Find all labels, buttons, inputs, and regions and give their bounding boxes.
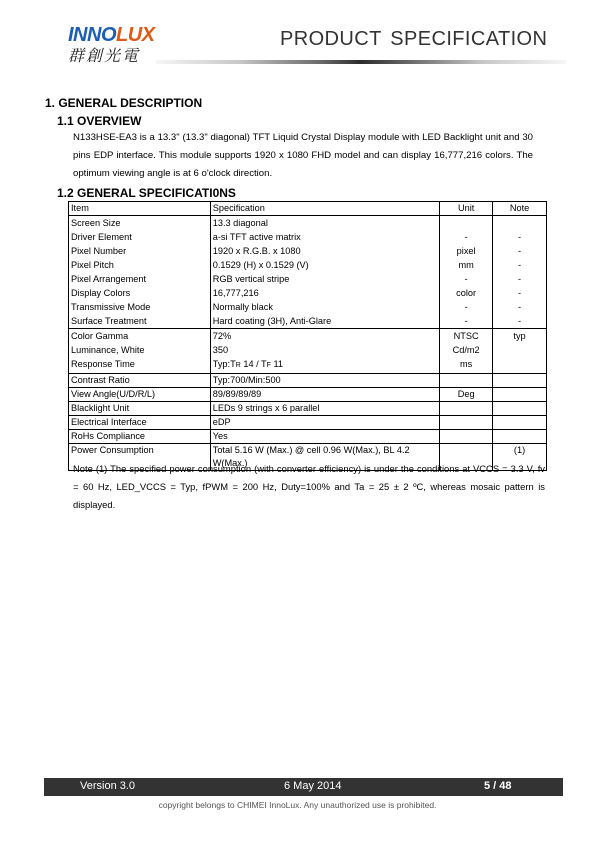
spec-item: RoHs Compliance	[69, 430, 211, 444]
spec-unit: Cd/m2	[440, 343, 493, 357]
table-header-cell: Note	[493, 202, 547, 216]
spec-item: Pixel Pitch	[69, 258, 211, 272]
section-heading-general-description: 1. GENERAL DESCRIPTION	[45, 96, 202, 110]
table-row: RoHs ComplianceYes	[69, 430, 547, 444]
spec-item: Pixel Arrangement	[69, 272, 211, 286]
table-row: Pixel Pitch0.1529 (H) x 0.1529 (V)mm-	[69, 258, 547, 272]
table-row: Pixel Number1920 x R.G.B. x 1080pixel-	[69, 244, 547, 258]
spec-note	[493, 416, 547, 430]
spec-item: Luminance, White	[69, 343, 211, 357]
spec-value: Hard coating (3H), Anti-Glare	[210, 314, 439, 329]
spec-item: Driver Element	[69, 230, 211, 244]
spec-item: Display Colors	[69, 286, 211, 300]
spec-value: a-si TFT active matrix	[210, 230, 439, 244]
spec-note	[493, 402, 547, 416]
spec-item: Color Gamma	[69, 329, 211, 344]
spec-unit: pixel	[440, 244, 493, 258]
overview-paragraph: N133HSE-EA3 is a 13.3" (13.3" diagonal) …	[73, 129, 533, 183]
spec-unit: -	[440, 314, 493, 329]
spec-unit: NTSC	[440, 329, 493, 344]
spec-value: 1920 x R.G.B. x 1080	[210, 244, 439, 258]
spec-value: LEDs 9 strings x 6 parallel	[210, 402, 439, 416]
spec-unit	[440, 430, 493, 444]
footer-bar: Version 3.0 6 May 2014 5 / 48	[44, 778, 563, 796]
table-row: Driver Elementa-si TFT active matrix--	[69, 230, 547, 244]
spec-value: 0.1529 (H) x 0.1529 (V)	[210, 258, 439, 272]
spec-value: Normally black	[210, 300, 439, 314]
spec-value: 89/89/89/89	[210, 388, 439, 402]
document-title: PRODUCT SPECIFICATION	[280, 28, 547, 51]
general-specifications-table: ItemSpecificationUnitNoteScreen Size13.3…	[68, 201, 547, 471]
spec-item: Electrical Interface	[69, 416, 211, 430]
spec-value: Yes	[210, 430, 439, 444]
spec-value: 16,777,216	[210, 286, 439, 300]
footer-version: Version 3.0	[80, 780, 135, 792]
logo-wordmark: INNOLUX	[68, 24, 163, 46]
spec-item: Surface Treatment	[69, 314, 211, 329]
spec-note	[493, 374, 547, 388]
spec-item: View Angle(U/D/R/L)	[69, 388, 211, 402]
table-header-row: ItemSpecificationUnitNote	[69, 202, 547, 216]
footer-date: 6 May 2014	[284, 780, 341, 792]
spec-note	[493, 430, 547, 444]
table-row: Luminance, White350Cd/m2	[69, 343, 547, 357]
footer-page-number: 5 / 48	[484, 780, 512, 792]
table-row: Screen Size13.3 diagonal	[69, 216, 547, 231]
spec-unit: ms	[440, 357, 493, 374]
table-header-cell: Item	[69, 202, 211, 216]
spec-value: RGB vertical stripe	[210, 272, 439, 286]
spec-unit	[440, 402, 493, 416]
table-row: Contrast RatioTyp:700/Min:500	[69, 374, 547, 388]
table-header-cell: Unit	[440, 202, 493, 216]
table-header-cell: Specification	[210, 202, 439, 216]
spec-note: -	[493, 230, 547, 244]
spec-unit: -	[440, 300, 493, 314]
power-consumption-note: Note (1) The specified power consumption…	[73, 460, 545, 514]
spec-note	[493, 343, 547, 357]
table-row: Surface TreatmentHard coating (3H), Anti…	[69, 314, 547, 329]
spec-unit: -	[440, 272, 493, 286]
spec-unit	[440, 416, 493, 430]
spec-note: -	[493, 314, 547, 329]
spec-unit	[440, 216, 493, 231]
spec-note: -	[493, 286, 547, 300]
spec-unit	[440, 374, 493, 388]
header-gradient-rule	[156, 60, 566, 64]
spec-note: -	[493, 272, 547, 286]
spec-value: 72%	[210, 329, 439, 344]
spec-note: -	[493, 244, 547, 258]
spec-note: -	[493, 258, 547, 272]
table-row: Display Colors16,777,216color-	[69, 286, 547, 300]
table-row: Transmissive ModeNormally black--	[69, 300, 547, 314]
copyright-notice: copyright belongs to CHIMEI InnoLux. Any…	[0, 800, 595, 810]
section-heading-overview: 1.1 OVERVIEW	[57, 114, 141, 128]
table-row: Pixel ArrangementRGB vertical stripe--	[69, 272, 547, 286]
spec-item: Blacklight Unit	[69, 402, 211, 416]
spec-value: 13.3 diagonal	[210, 216, 439, 231]
section-heading-general-specifications: 1.2 GENERAL SPECIFICATI0NS	[57, 186, 236, 200]
spec-note: -	[493, 300, 547, 314]
spec-value: eDP	[210, 416, 439, 430]
spec-item: Transmissive Mode	[69, 300, 211, 314]
table-row: Electrical InterfaceeDP	[69, 416, 547, 430]
spec-unit: Deg	[440, 388, 493, 402]
spec-item: Response Time	[69, 357, 211, 374]
spec-item: Contrast Ratio	[69, 374, 211, 388]
spec-note	[493, 388, 547, 402]
spec-item: Screen Size	[69, 216, 211, 231]
table-row: View Angle(U/D/R/L)89/89/89/89Deg	[69, 388, 547, 402]
table-row: Color Gamma72%NTSCtyp	[69, 329, 547, 344]
spec-unit: color	[440, 286, 493, 300]
spec-value: 350	[210, 343, 439, 357]
table-row: Response TimeTyp:TR 14 / TF 11ms	[69, 357, 547, 374]
spec-value: Typ:700/Min:500	[210, 374, 439, 388]
spec-note	[493, 216, 547, 231]
spec-unit: -	[440, 230, 493, 244]
spec-unit: mm	[440, 258, 493, 272]
spec-note	[493, 357, 547, 374]
spec-value: Typ:TR 14 / TF 11	[210, 357, 439, 374]
table-row: Blacklight UnitLEDs 9 strings x 6 parall…	[69, 402, 547, 416]
spec-note: typ	[493, 329, 547, 344]
logo-chinese-name: 群創光電	[68, 47, 163, 65]
innolux-logo: INNOLUX 群創光電	[68, 24, 163, 65]
spec-item: Pixel Number	[69, 244, 211, 258]
